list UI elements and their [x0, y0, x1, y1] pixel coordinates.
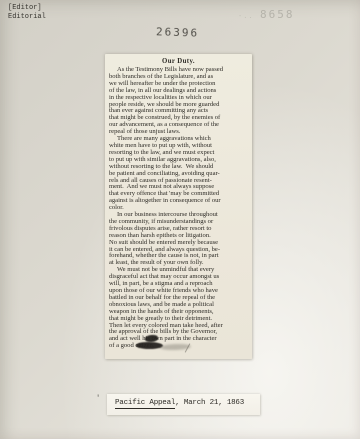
ink-smudge-small — [145, 335, 158, 342]
article-paragraph-4: We must not be unmindful that every disg… — [109, 267, 252, 350]
newspaper-clipping: Our Duty. As the Testimony Bills have no… — [105, 54, 252, 359]
article-paragraph-1: As the Testimony Bills have now passed b… — [109, 67, 252, 136]
citation-text: Pacific Appeal, March 21, 1863 — [115, 399, 244, 407]
stray-pen-mark: ' — [96, 395, 100, 403]
editor-type-label: [Editor] Editorial — [8, 4, 46, 22]
citation-label: Pacific Appeal, March 21, 1863 — [107, 394, 260, 415]
stamp-number-top-right: 8658 — [260, 8, 295, 21]
stamp-number-center: 26396 — [156, 25, 200, 39]
citation-date: , March 21, 1863 — [175, 399, 244, 407]
ink-smudge-large — [136, 342, 163, 349]
article-headline: Our Duty. — [109, 58, 248, 66]
article-paragraph-2: There are many aggravations which white … — [109, 136, 252, 212]
article-paragraph-3: In our business intercourse throughout t… — [109, 212, 252, 267]
citation-source: Pacific Appeal — [115, 399, 175, 409]
scanned-archive-page: { "annotations": { "editor_label": "[Edi… — [0, 0, 360, 439]
stamp-marks: -.. — [238, 12, 254, 20]
